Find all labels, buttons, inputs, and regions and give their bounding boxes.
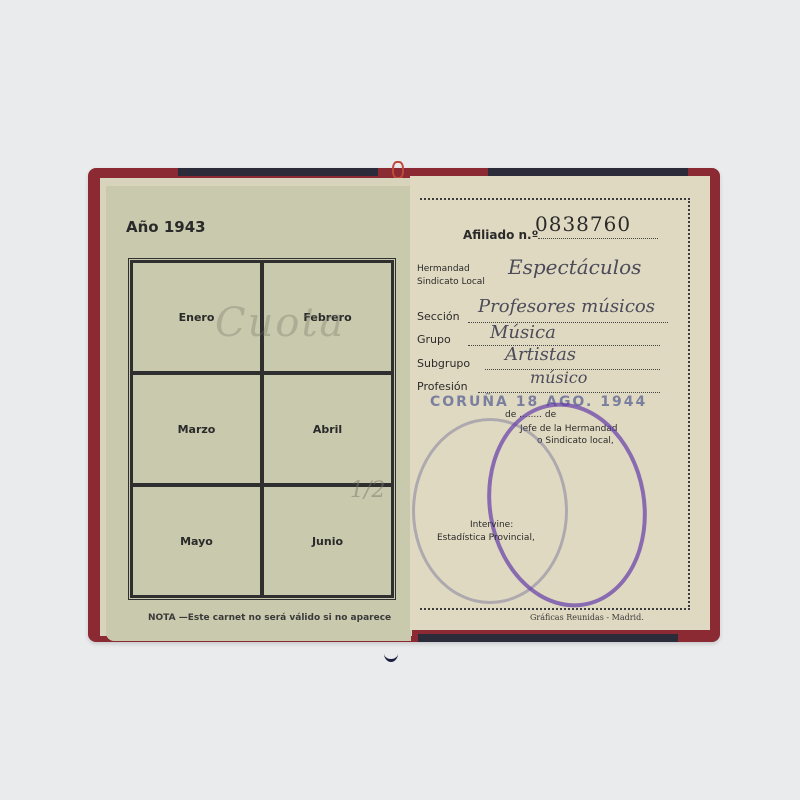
seccion-label: Sección	[417, 310, 460, 323]
seccion-value: Profesores músicos	[478, 296, 655, 317]
fraction-mark: 1/2	[350, 478, 385, 503]
grupo-value: Música	[490, 322, 556, 343]
dotted-line	[478, 392, 660, 393]
month-cell: Abril	[262, 373, 393, 485]
printer-imprint: Gráficas Reunidas - Madrid.	[530, 613, 644, 622]
member-number: 0838760	[535, 212, 631, 236]
month-cell: Mayo	[131, 485, 262, 597]
cover-band	[178, 168, 378, 176]
hermandad-label: Hermandad	[417, 264, 470, 274]
quota-watermark: Cuota	[215, 300, 345, 346]
ribbon-loop	[392, 161, 404, 179]
validity-note: NOTA —Este carnet no será válido si no a…	[148, 613, 391, 623]
year-label: Año 1943	[126, 218, 206, 236]
sindicato-label: Sindicato Local	[417, 277, 485, 287]
intervine-label: Intervine:	[470, 520, 513, 530]
binding-thread	[384, 645, 398, 662]
member-label: Afiliado n.º	[463, 228, 538, 242]
profesion-label: Profesión	[417, 380, 468, 393]
cover-band	[488, 168, 688, 176]
subgrupo-value: Artistas	[505, 344, 576, 365]
cover-band	[418, 634, 678, 642]
subgrupo-label: Subgrupo	[417, 357, 470, 370]
hermandad-value: Espectáculos	[508, 255, 641, 279]
estadistica-label: Estadística Provincial,	[437, 533, 535, 543]
profesion-value: músico	[530, 368, 587, 387]
month-cell: Marzo	[131, 373, 262, 485]
grupo-label: Grupo	[417, 333, 451, 346]
dotted-line	[538, 238, 658, 239]
